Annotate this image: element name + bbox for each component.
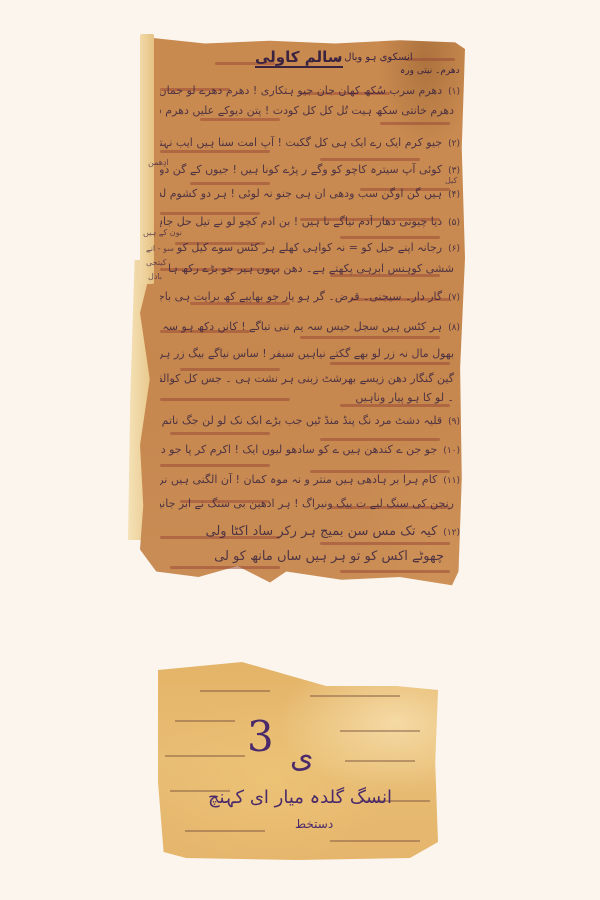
manuscript-line: (۳)کوئی آپ سیترہ کاچو کو وگے ر پڑے کونا … (160, 163, 460, 176)
bark-line (330, 362, 450, 365)
bark-line (320, 438, 440, 441)
line-number: (۳) (448, 166, 460, 176)
bark-line (200, 118, 280, 121)
photo-stage: سالم کاولی انسکوی ہو وبال بی دھرم۔ نیتی … (0, 0, 600, 900)
manuscript-line: (۴)ہیں گن اوگن سب وِدھی ان ہی جنو نہ لوئ… (160, 187, 460, 200)
bark-line (340, 236, 440, 239)
manuscript-subtitle: انسکوی ہو وبال بی (330, 52, 413, 63)
margin-note: سو - انے (146, 244, 174, 253)
line-text: ہیں گن اوگن سب وِدھی ان ہی جنو نہ لوئی !… (160, 187, 442, 200)
bark-line (160, 150, 270, 153)
margin-note: کیل (445, 176, 457, 185)
bark-line (160, 464, 270, 467)
manuscript-line: رنجن کی سنگ لیے ت بیگ ونیراگ ! ہر ادھین … (160, 497, 460, 510)
margin-note: کیتجی (146, 258, 166, 267)
fragment-mark: ی (290, 740, 313, 775)
line-text: گار دار۔ سیجنی۔ قرض۔ گر ہو یار جو بھاپیے… (160, 290, 442, 303)
manuscript-line: (۱۲)کیہ تک مس سن بمیج ہر رکر ساد اکٹا ول… (160, 524, 460, 539)
bark-line (170, 566, 280, 569)
line-text: ششی کوہنس ابرہی پکھتے ہے۔ دھن بہوں ہیر ج… (168, 262, 454, 275)
bark-line (320, 158, 420, 161)
line-text: رنجن کی سنگ لیے ت بیگ ونیراگ ! ہر ادھین … (160, 497, 454, 510)
line-text: بھول مال نہ زر لو بھے گکتے نیاہیں سیفر !… (160, 347, 454, 360)
manuscript-line: (۱۰)جو جن ے کندھن ہیں ے کو سادھو لیوں ای… (160, 443, 460, 456)
bark-line (200, 690, 270, 692)
bark-line (185, 830, 265, 832)
manuscript-line: دھرم خانتی سکھ ہیت تُل کل کل کودت ! پتن … (160, 104, 460, 117)
line-number: (۶) (448, 244, 460, 254)
manuscript-line: ششی کوہنس ابرہی پکھتے ہے۔ دھن بہوں ہیر ج… (160, 262, 460, 275)
manuscript-heading: دھرم۔ نیتی ورہ (400, 66, 460, 76)
manuscript-line: (۹)قلیہ دشٹ مرد نگ پنڈ منڈ ٹیں جب بڑے اب… (160, 414, 460, 427)
line-text: ۔ لو کا ہو پیار وناہیں (355, 391, 454, 404)
bark-line (165, 755, 245, 757)
manuscript-line: چھوٹے اکس کو تو ہر ہیں ساں مانھ کو لی (200, 549, 450, 564)
bark-line (310, 695, 400, 697)
manuscript-line: (۱)دھرم سرب سُکھ کھان جان جیو ہتکاری ! د… (160, 84, 460, 97)
bark-line (190, 182, 270, 185)
line-text: کام ہرا بر ہادھی ہیں منتر و نہ موہ کمان … (160, 473, 437, 486)
bark-line (340, 404, 450, 407)
bark-line (345, 760, 415, 762)
bark-line (340, 570, 450, 573)
line-text: دیا چیونی دھار اُدم نیاگے نا ہیں ! بن اد… (160, 215, 442, 228)
bark-line (175, 720, 235, 722)
manuscript-line: (۵)دیا چیونی دھار اُدم نیاگے نا ہیں ! بن… (160, 215, 460, 228)
fragment-signature: دستخط (295, 817, 333, 831)
line-number: (۸) (448, 323, 460, 333)
line-number: (۵) (448, 218, 460, 228)
fragment-text: انسگ گلدہ میار ای کہنچ (185, 787, 415, 808)
line-text: کیہ تک مس سن بمیج ہر رکر ساد اکٹا ولی (206, 524, 438, 539)
line-text: جو جن ے کندھن ہیں ے کو سادھو لیوں ایک ! … (160, 443, 437, 456)
bark-line (180, 368, 280, 371)
fragment-number: 3 (247, 712, 274, 761)
margin-note: ادِھمن (148, 158, 169, 167)
line-text: دھرم خانتی سکھ ہیت تُل کل کل کودت ! پتن … (160, 104, 454, 117)
line-number: (۱۲) (443, 528, 460, 538)
line-text: رجانہ اپنے حیل کو = نہ کواہی کھلے ہر کٹس… (177, 241, 442, 254)
line-text: ہر کٹس ہیں سجل حیس سہ یم ننی تباگے ! کان… (160, 320, 442, 333)
line-number: (۲) (448, 139, 460, 149)
manuscript-line: (۸)ہر کٹس ہیں سجل حیس سہ یم ننی تباگے ! … (160, 320, 460, 333)
bark-line (380, 122, 450, 125)
bark-line (340, 730, 420, 732)
manuscript-line: (۶)رجانہ اپنے حیل کو = نہ کواہی کھلے ہر … (160, 241, 460, 254)
margin-note: بادل (148, 272, 162, 281)
line-text: چھوٹے اکس کو تو ہر ہیں ساں مانھ کو لی (214, 549, 444, 564)
bark-line (330, 840, 420, 842)
line-number: (۹) (448, 417, 460, 427)
line-text: کوئی آپ سیترہ کاچو کو وگے ر پڑے کونا ہیں… (160, 163, 442, 176)
line-number: (۱۰) (443, 446, 460, 456)
line-text: دھرم سرب سُکھ کھان جان جیو ہتکاری ! دھرم… (160, 84, 442, 97)
bark-line (320, 542, 450, 545)
manuscript-line: (۱۱)کام ہرا بر ہادھی ہیں منتر و نہ موہ ک… (160, 473, 460, 486)
manuscript-line: گین گنگار دھن زیسے بھرشٹ زبنی ہر نشت ہی … (160, 372, 460, 385)
line-number: (۱) (448, 87, 460, 97)
line-number: (۱۱) (443, 476, 460, 486)
line-number: (۷) (448, 293, 460, 303)
line-text: قلیہ دشٹ مرد نگ پنڈ منڈ ٹیں جب بڑے ابک ن… (160, 414, 442, 427)
line-number: (۴) (448, 190, 460, 200)
manuscript-line: (۲)جیو کرم ایک رے ایک ہی کل گکبت ! آپ ام… (160, 136, 460, 149)
manuscript-line: بھول مال نہ زر لو بھے گکتے نیاہیں سیفر !… (160, 347, 460, 360)
margin-note: نون کے ہیں (143, 228, 182, 237)
line-text: جیو کرم ایک رے ایک ہی کل گکبت ! آپ امت س… (160, 136, 442, 149)
manuscript-line: (۷)گار دار۔ سیجنی۔ قرض۔ گر ہو یار جو بھا… (160, 290, 460, 303)
bark-line (300, 336, 440, 339)
bark-line (170, 432, 270, 435)
manuscript-line: ۔ لو کا ہو پیار وناہیں (160, 391, 460, 404)
line-text: گین گنگار دھن زیسے بھرشٹ زبنی ہر نشت ہی … (160, 372, 454, 385)
